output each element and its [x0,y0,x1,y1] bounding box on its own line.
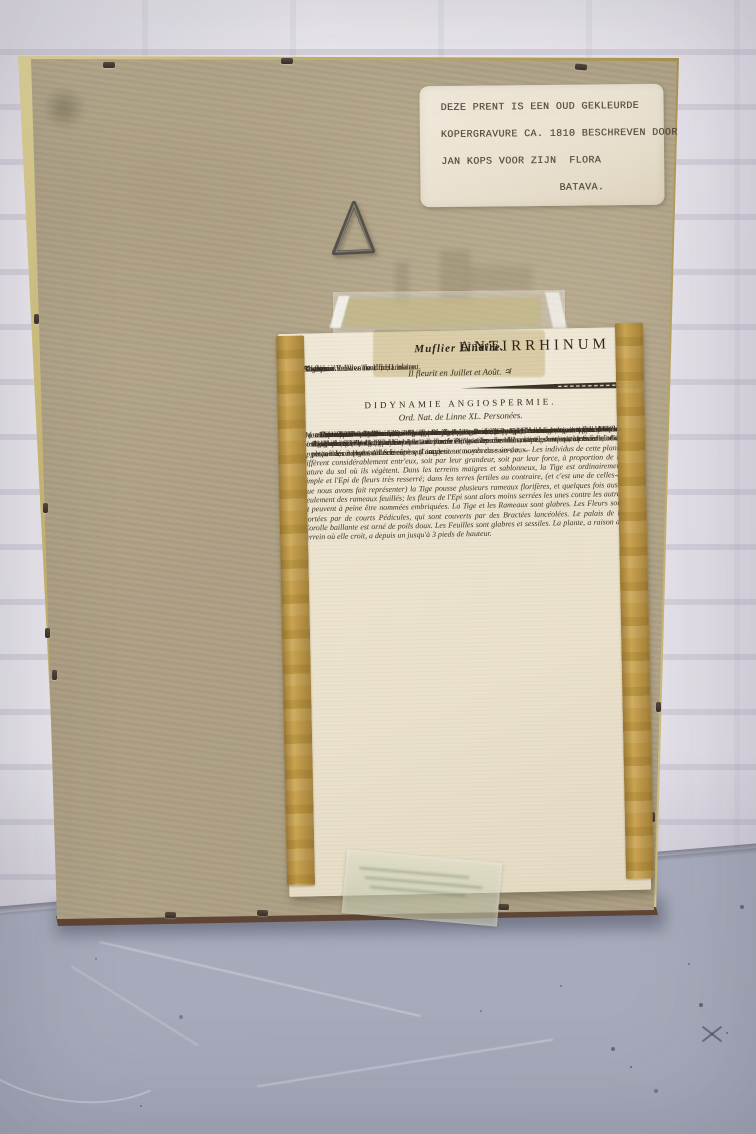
triangle-hanger [331,199,377,259]
staple [45,628,50,638]
label-line: BATAVA. [441,174,651,203]
staple [43,503,48,513]
label-line: KOPERGRAVURE CA. 1810 BESCHREVEN DOOR [441,120,651,149]
staple [34,314,39,324]
label-line: JAN KOPS VOOR ZIJN FLORA [441,147,651,176]
yellowed-tape-under [345,297,541,328]
label-line: DEZE PRENT IS EEN OUD GEKLEURDE [440,93,650,122]
photo-back-of-framed-print: DEZE PRENT IS EEN OUD GEKLEURDE KOPERGRA… [0,0,756,1134]
bottom-tape [342,849,503,926]
floor-x-scratch [700,1022,724,1046]
ornament-rule [279,380,641,397]
tape-residue-stain [468,266,532,290]
staple [656,702,661,712]
paragraph-usage-economique: Usage Econom. Les moutons et les chèvres… [302,424,622,430]
pencil-smudge [42,86,86,130]
tape-glint [545,292,567,328]
staple [281,58,293,64]
staple [498,904,509,910]
staple [52,670,57,680]
staple [257,910,268,916]
staple [575,63,588,70]
clear-tape [333,290,565,333]
page-paper: ANTIRRHINUM Linaria. Muflier Linaire. Ph… [278,327,651,897]
page-body: Caractere Generique. Calice pentaphylle.… [302,424,622,430]
staple [103,62,115,68]
floor-specks [0,0,2,2]
yellowed-tape-patch [373,330,545,377]
staple [165,912,176,919]
typed-label-text: DEZE PRENT IS EEN OUD GEKLEURDE KOPERGRA… [440,93,651,203]
botanical-page: ANTIRRHINUM Linaria. Muflier Linaire. Ph… [278,327,651,897]
typed-label: DEZE PRENT IS EEN OUD GEKLEURDE KOPERGRA… [419,84,664,208]
